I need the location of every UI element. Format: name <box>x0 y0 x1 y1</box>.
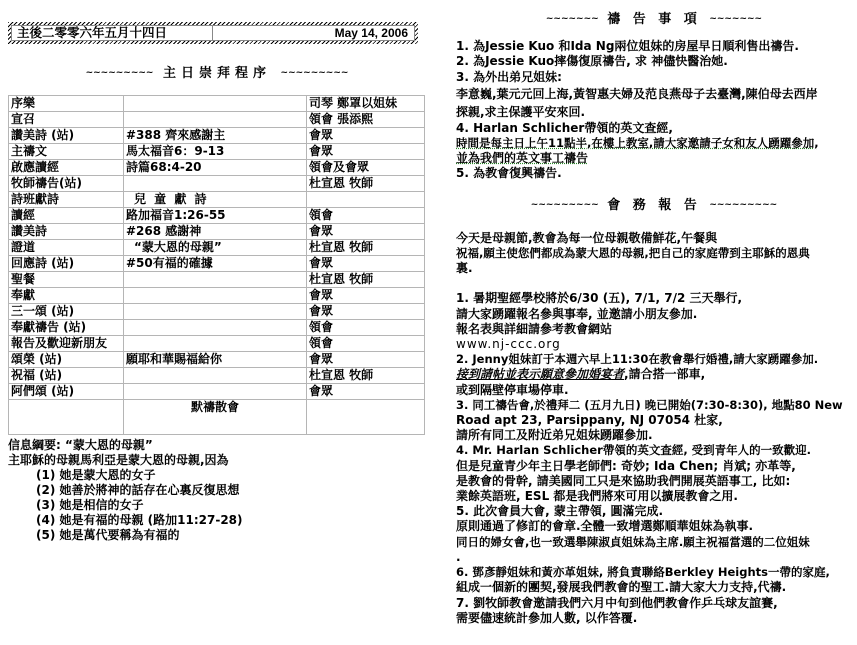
sermon-point: (5) 她是萬代要稱為有福的 <box>8 528 426 543</box>
program-leader: 會眾 <box>307 256 425 272</box>
program-item: 聖餐 <box>9 272 124 288</box>
news-line: 是教會的骨幹, 請美國同工只是來協助我們開展英語事工, 比如: <box>456 474 852 489</box>
program-item: 讚美詩 <box>9 224 124 240</box>
news-line: 請所有同工及附近弟兄姐妹踴躍參加. <box>456 428 852 443</box>
news-intro: 今天是母親節,教會為每一位母親敬備鮮花,午餐與 祝福,願主使您們都成為蒙大恩的母… <box>456 231 852 277</box>
program-leader <box>307 192 425 208</box>
sermon-intro: 主耶穌的母親馬利亞是蒙大恩的母親,因為 <box>8 453 426 468</box>
program-item: 頌榮 (站) <box>9 352 124 368</box>
program-content <box>124 112 307 128</box>
program-item: 奉獻禱告 (站) <box>9 320 124 336</box>
news-heading: ~~~~~~~~~ 會 務 報 告 ~~~~~~~~~ <box>456 198 852 213</box>
program-item: 牧師禱告(站) <box>9 176 124 192</box>
table-row: 頌榮 (站)願耶和華賜福給你會眾 <box>9 352 425 368</box>
sermon-point: (3) 她是相信的女子 <box>8 498 426 513</box>
program-content: 馬太福音6：9-13 <box>124 144 307 160</box>
right-column: ~~~~~~~ 禱 告 事 項 ~~~~~~~ 1. 為Jessie Kuo 和… <box>456 12 852 626</box>
prayer-line: 探親,求主保護平安來回. <box>456 103 852 121</box>
table-row: 奉獻禱告 (站)領會 <box>9 320 425 336</box>
program-leader: 杜宣恩 牧師 <box>307 176 425 192</box>
news-line: 7. 劉牧師教會邀請我們六月中旬到他們教會作乒乓球友誼賽, <box>456 596 852 611</box>
prayer-line: 2. 為Jessie Kuo摔傷復原禱告, 求 神儘快醫治她. <box>456 54 852 69</box>
table-row: 讚美詩#268 感謝神會眾 <box>9 224 425 240</box>
program-content: 願耶和華賜福給你 <box>124 352 307 368</box>
sermon-point: (1) 她是蒙大恩的女子 <box>8 468 426 483</box>
program-leader: 杜宣恩 牧師 <box>307 368 425 384</box>
prayer-title: 禱 告 事 項 <box>607 12 701 27</box>
news-line: 今天是母親節,教會為每一位母親敬備鮮花,午餐與 <box>456 231 852 246</box>
program-content: “蒙大恩的母親” <box>124 240 307 256</box>
program-content: #50有福的確據 <box>124 256 307 272</box>
program-item: 證道 <box>9 240 124 256</box>
sermon-title: 信息綱要: “蒙大恩的母親” <box>8 438 426 453</box>
program-content: #268 感謝神 <box>124 224 307 240</box>
program-leader: 會眾 <box>307 288 425 304</box>
program-item: 讚美詩 (站) <box>9 128 124 144</box>
program-leader: 領會 <box>307 336 425 352</box>
program-content <box>124 288 307 304</box>
table-row: 阿們頌 (站)會眾 <box>9 384 425 400</box>
program-content: 兒 童 獻 詩 <box>124 192 307 208</box>
sermon-point: (2) 她善於將神的話存在心裏反復思想 <box>8 483 426 498</box>
program-content <box>124 368 307 384</box>
program-leader: 會眾 <box>307 144 425 160</box>
date-header-inner: 主後二零零六年五月十四日 May 14, 2006 <box>11 25 415 41</box>
news-line: 組成一個新的團契,發展我們教會的聖工.請大家大力支持,代禱. <box>456 580 852 595</box>
program-item: 回應詩 (站) <box>9 256 124 272</box>
program-leader: 領會 張添熙 <box>307 112 425 128</box>
program-leader: 司琴 鄭罩以姐妹 <box>307 96 425 112</box>
news-line: 2. Jenny姐妹訂于本週六早上11:30在教會舉行婚禮,請大家踴躍參加. <box>456 352 852 367</box>
date-header-box: 主後二零零六年五月十四日 May 14, 2006 <box>8 22 418 44</box>
table-row: 奉獻會眾 <box>9 288 425 304</box>
program-content: #388 齊來感謝主 <box>124 128 307 144</box>
flourish-left-icon: ~~~~~~~ <box>546 14 599 24</box>
flourish-left-icon: ~~~~~~~~~ <box>86 68 154 78</box>
prayer-list: 1. 為Jessie Kuo 和Ida Ng兩位姐妹的房屋早日順利售出禱告. 2… <box>456 39 852 181</box>
program-content <box>124 384 307 400</box>
flourish-right-icon: ~~~~~~~~~ <box>709 200 777 210</box>
table-row: 序樂司琴 鄭罩以姐妹 <box>9 96 425 112</box>
table-row: 啟應讀經詩篇68:4-20領會及會眾 <box>9 160 425 176</box>
news-line: 6. 鄧彥靜姐妹和黃亦革姐妹, 將負責聯絡Berkley Heights一帶的家… <box>456 565 852 580</box>
sermon-point: (4) 她是有福的母親 (路加11:27-28) <box>8 513 426 528</box>
prayer-heading: ~~~~~~~ 禱 告 事 項 ~~~~~~~ <box>456 12 852 27</box>
program-leader: 會眾 <box>307 352 425 368</box>
news-line: 報名表與詳細請參考教會網站 <box>456 322 852 337</box>
program-item: 奉獻 <box>9 288 124 304</box>
date-chinese: 主後二零零六年五月十四日 <box>12 26 213 40</box>
news-line: 或到隔壁停車場停車. <box>456 383 852 398</box>
program-content <box>124 272 307 288</box>
table-row: 詩班獻詩兒 童 獻 詩 <box>9 192 425 208</box>
empty-cell <box>307 400 425 435</box>
flourish-right-icon: ~~~~~~~ <box>709 14 762 24</box>
news-line: 1. 暑期聖經學校將於6/30 (五), 7/1, 7/2 三天舉行, <box>456 291 852 306</box>
news-line: 同日的婦女會,也一致選舉陳淑貞姐妹為主席.願主祝福當選的二位姐妹 <box>456 535 852 550</box>
table-row: 報告及歡迎新朋友領會 <box>9 336 425 352</box>
program-leader: 杜宣恩 牧師 <box>307 240 425 256</box>
news-line: 業餘英語班, ESL 都是我們將來可用以擴展教會之用. <box>456 489 852 504</box>
news-line: 需要儘速統計參加人數, 以作答覆. <box>456 611 852 626</box>
program-content <box>124 304 307 320</box>
flourish-left-icon: ~~~~~~~~~ <box>531 200 599 210</box>
prayer-line: 並為我們的英文事工禱告 <box>456 151 852 166</box>
program-item: 主禱文 <box>9 144 124 160</box>
prayer-line: 時間是每主日上午11點半,在樓上教室,請大家邀請子女和友人踴躍參加, <box>456 136 852 151</box>
program-item: 祝福 (站) <box>9 368 124 384</box>
program-content <box>124 96 307 112</box>
news-line: 接到請帖並表示願意參加婚宴者,請合搭一部車, <box>456 367 852 382</box>
prayer-line: 李意巍,葉元元回上海,黃智惠夫婦及范良燕母子去臺灣,陳伯母去西岸 <box>456 85 852 103</box>
program-leader: 會眾 <box>307 304 425 320</box>
news-line: 3. 同工禱告會,於禮拜二 (五月九日) 晚已開始(7:30-8:30), 地點… <box>456 398 852 413</box>
website-link[interactable]: www.nj-ccc.org <box>456 337 852 352</box>
news-text: ,請合搭一部車, <box>624 367 705 381</box>
news-line: 但是兒童青少年主日學老師們: 奇妙; Ida Chen; 肖斌; 亦革等, <box>456 459 852 474</box>
program-item: 宣召 <box>9 112 124 128</box>
news-line: Road apt 23, Parsippany, NJ 07054 杜家, <box>456 413 852 428</box>
program-title: 主日崇拜程序 <box>163 66 271 81</box>
news-title: 會 務 報 告 <box>607 198 701 213</box>
news-emphasis: 接到請帖並表示願意參加婚宴者 <box>456 367 624 381</box>
table-row: 牧師禱告(站)杜宣恩 牧師 <box>9 176 425 192</box>
program-leader: 會眾 <box>307 224 425 240</box>
table-row: 證道“蒙大恩的母親”杜宣恩 牧師 <box>9 240 425 256</box>
program-leader: 會眾 <box>307 384 425 400</box>
sermon-outline: 信息綱要: “蒙大恩的母親” 主耶穌的母親馬利亞是蒙大恩的母親,因為 (1) 她… <box>8 438 426 543</box>
prayer-line: 5. 為教會復興禱告. <box>456 166 852 181</box>
news-line: 原則通過了修訂的會章.全體一致增選鄭順華姐妹為執事. <box>456 519 852 534</box>
prayer-line: 3. 為外出弟兄姐妹: <box>456 70 852 85</box>
program-content: 路加福音1:26-55 <box>124 208 307 224</box>
news-line: 4. Mr. Harlan Schlicher帶領的英文查經, 受到青年人的一致… <box>456 443 852 458</box>
program-leader: 會眾 <box>307 128 425 144</box>
table-row: 宣召領會 張添熙 <box>9 112 425 128</box>
prayer-line: 1. 為Jessie Kuo 和Ida Ng兩位姐妹的房屋早日順利售出禱告. <box>456 39 852 54</box>
left-column: 主後二零零六年五月十四日 May 14, 2006 ~~~~~~~~~ 主日崇拜… <box>8 22 426 543</box>
program-leader: 領會及會眾 <box>307 160 425 176</box>
table-row: 三一頌 (站)會眾 <box>9 304 425 320</box>
news-line: 祝福,願主使您們都成為蒙大恩的母親,把自己的家庭帶到主耶穌的恩典 <box>456 246 852 261</box>
spacer <box>456 276 852 291</box>
program-content <box>124 336 307 352</box>
program-content <box>124 320 307 336</box>
table-row: 主禱文馬太福音6：9-13會眾 <box>9 144 425 160</box>
news-line: 裏. <box>456 261 852 276</box>
table-row: 讀經路加福音1:26-55領會 <box>9 208 425 224</box>
program-item: 啟應讀經 <box>9 160 124 176</box>
program-item: 詩班獻詩 <box>9 192 124 208</box>
program-leader: 領會 <box>307 208 425 224</box>
program-leader: 杜宣恩 牧師 <box>307 272 425 288</box>
date-english: May 14, 2006 <box>213 26 414 40</box>
program-heading: ~~~~~~~~~ 主日崇拜程序 ~~~~~~~~~ <box>8 62 426 81</box>
flourish-right-icon: ~~~~~~~~~ <box>281 68 349 78</box>
closing-prayer: 默禱散會 <box>124 400 307 435</box>
program-leader: 領會 <box>307 320 425 336</box>
worship-program-table: 序樂司琴 鄭罩以姐妹 宣召領會 張添熙 讚美詩 (站)#388 齊來感謝主會眾 … <box>8 95 425 435</box>
program-item: 阿們頌 (站) <box>9 384 124 400</box>
program-item: 讀經 <box>9 208 124 224</box>
program-item: 報告及歡迎新朋友 <box>9 336 124 352</box>
table-row: 回應詩 (站)#50有福的確據會眾 <box>9 256 425 272</box>
news-list: 1. 暑期聖經學校將於6/30 (五), 7/1, 7/2 三天舉行, 請大家踴… <box>456 291 852 625</box>
prayer-line: 4. Harlan Schlicher帶領的英文查經, <box>456 121 852 136</box>
table-row: 聖餐杜宣恩 牧師 <box>9 272 425 288</box>
program-item: 序樂 <box>9 96 124 112</box>
table-row-closing: 默禱散會 <box>9 400 425 435</box>
table-row: 讚美詩 (站)#388 齊來感謝主會眾 <box>9 128 425 144</box>
table-row: 祝福 (站)杜宣恩 牧師 <box>9 368 425 384</box>
news-line: . <box>456 550 852 565</box>
program-content: 詩篇68:4-20 <box>124 160 307 176</box>
program-item: 三一頌 (站) <box>9 304 124 320</box>
empty-cell <box>9 400 124 435</box>
news-line: 請大家踴躍報名參與事奉, 並邀請小朋友參加. <box>456 307 852 322</box>
news-line: 5. 此次會員大會, 蒙主帶領, 圓滿完成. <box>456 504 852 519</box>
program-content <box>124 176 307 192</box>
